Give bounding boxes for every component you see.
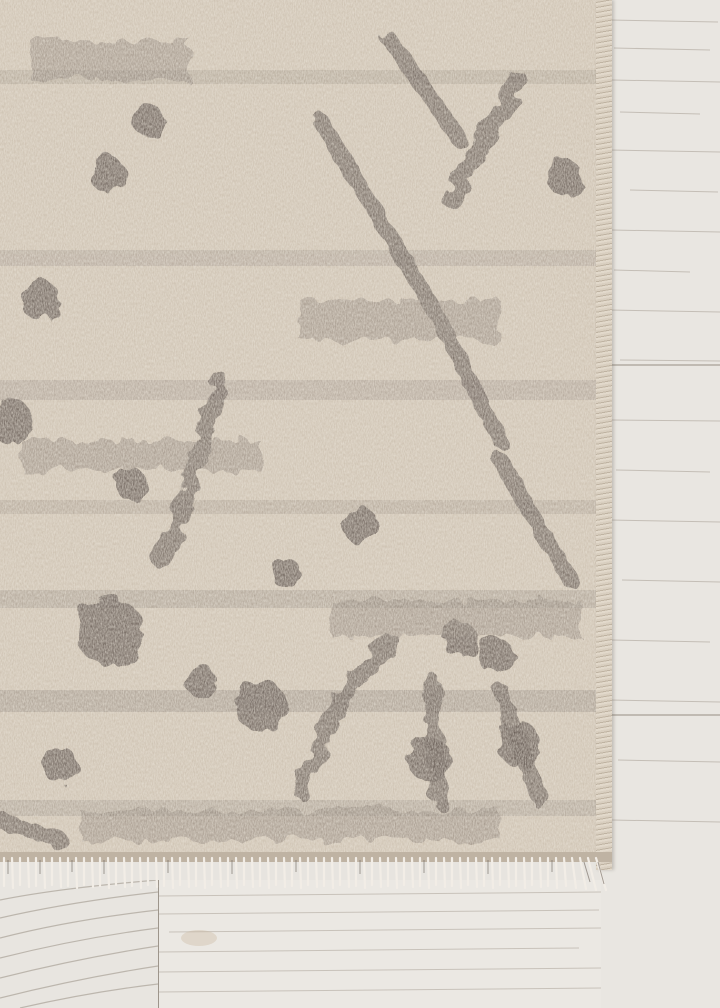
product-photo	[0, 0, 720, 1008]
floor-plank-bottom-mid	[158, 880, 601, 1008]
floor-plank-bottom-left	[0, 880, 158, 1008]
rug-side-binding	[596, 0, 612, 870]
rug-fringe	[0, 852, 612, 894]
floor-plank-right	[600, 0, 720, 1008]
rug-body	[0, 0, 604, 862]
